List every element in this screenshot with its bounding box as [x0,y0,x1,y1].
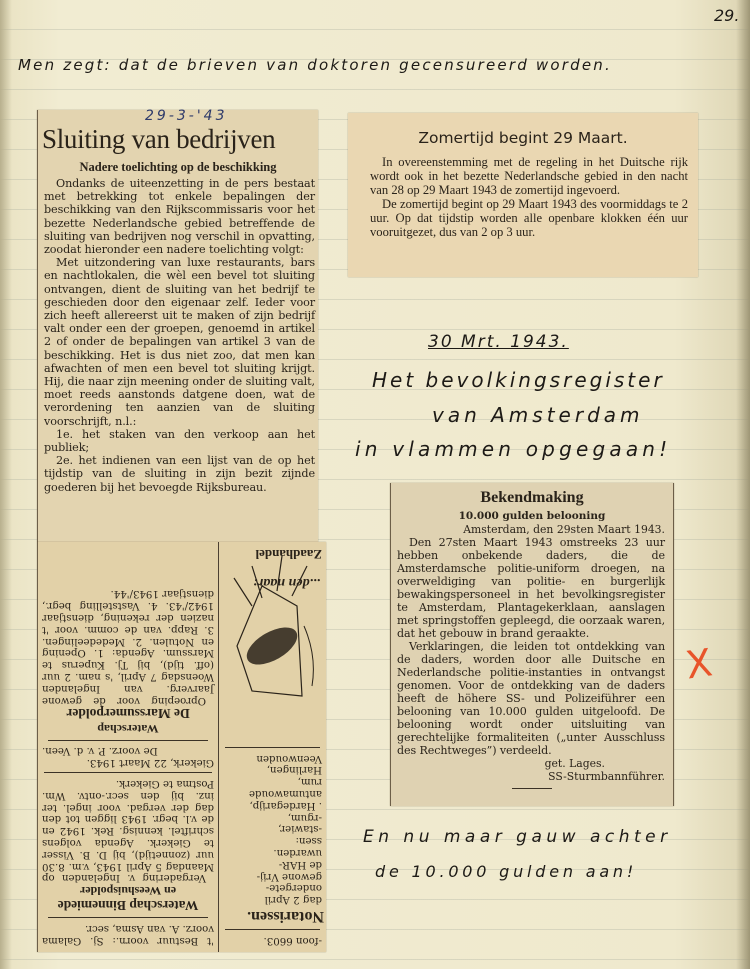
paragraph: 2e. het indienen van een lijst van de op… [44,454,315,494]
line: antumawoude [223,787,322,799]
ad-weeshuispolder: 't Bestuur voorn.: Sj. Galama voorz. A. … [38,777,218,952]
paragraph: De zomertijd begint op 29 Maart 1943 des… [370,197,688,239]
paragraph: Verklaringen, die leiden tot ontdekking … [397,640,665,757]
ads-column-notarissen: -foon 6603. Notarissen. dag 2 April onde… [219,542,326,952]
ads-column-waterschappen: 't Bestuur voorn.: Sj. Galama voorz. A. … [38,542,219,952]
line: gewone Vrij- [223,870,322,882]
pencil-date-stamp: 29-3-'43 [145,108,228,124]
line: ondergete- [223,882,322,894]
line: -stawier, [223,823,322,835]
handwritten-headline-line2: van Amsterdam [432,403,644,427]
handwritten-bottom-line1: En nu maar gauw achter [363,827,672,847]
ad-name: en Weeshuispolder [42,883,214,898]
clipping-body: In overeenstemming met de regeling in he… [348,155,698,239]
clipping-sluiting-van-bedrijven: Sluiting van bedrijven Nadere toelichtin… [37,110,318,542]
clipping-title: Sluiting van bedrijven [42,124,318,154]
ad-org: Waterschap [42,721,214,736]
signature-name: get. Lages. [391,757,673,770]
ad-notarissen-lines: dag 2 April ondergete- gewone Vrij- de H… [219,752,326,905]
paragraph: Den 27sten Maart 1943 omstreeks 23 uur h… [397,536,665,640]
clipping-bekendmaking: Bekendmaking 10.000 gulden belooning Ams… [390,483,674,806]
page-number: 29. [714,6,739,25]
clipping-title: Bekendmaking [391,489,673,507]
scrapbook-page: 29. Men zegt: dat de brieven van doktore… [0,0,750,969]
line: de HAR- [223,858,322,870]
divider [512,788,552,789]
divider [48,917,208,918]
illustration-caption: ...den naar: [253,574,320,590]
line: Harlingen, [223,764,322,776]
line: rum, [223,775,322,787]
clipping-body: Ondanks de uiteenzetting in de pers best… [38,177,318,494]
paragraph: In overeenstemming met de regeling in he… [370,155,688,197]
clipping-title: Zomertijd begint 29 Maart. [348,129,698,147]
seed-bag-illustration-icon [224,546,322,716]
line: . Hardegarijp, [223,799,322,811]
line: uwarden. [223,846,322,858]
rotated-content: 't Bestuur voorn.: Sj. Galama voorz. A. … [38,542,326,952]
paragraph: Met uitzondering van luxe restaurants, b… [44,256,315,428]
clipping-advertisements-upside-down: 't Bestuur voorn.: Sj. Galama voorz. A. … [37,542,326,952]
divider [44,772,212,773]
divider [225,747,320,748]
signature: get. Lages. SS-Sturmbannführer. [391,757,673,783]
ad-name: De Marssumerpolder [42,706,214,721]
divider [225,929,320,930]
ad-zaadhandel: Zaadhandel [256,546,322,562]
handwritten-top-note: Men zegt: dat de brieven van doktoren ge… [18,56,612,74]
handwritten-headline-line1: Het bevolkingsregister [372,368,665,392]
handwritten-date: 30 Mrt. 1943. [428,332,569,352]
phone-fragment: -foon 6603. [219,934,326,952]
line: -rgum, [223,811,322,823]
paragraph: 1e. het staken van den verkoop aan het p… [44,428,315,454]
signature-rank: SS-Sturmbannführer. [391,770,673,783]
ad-notarissen-title: Notarissen. [219,907,324,925]
clipping-zomertijd: Zomertijd begint 29 Maart. In overeenste… [348,113,698,277]
ad-text: Oproeping voor de gewone Jaarverg. van I… [42,588,214,706]
place-date: Giekerk, 22 Maart 1943. [42,756,214,768]
clipping-subtitle: 10.000 gulden belooning [391,510,673,522]
line: Veenwouden [223,752,322,764]
chair: De voorz. P. v. d. Veen. [42,745,214,757]
board-line: 't Bestuur voorn.: Sj. Galama voorz. A. … [42,922,214,946]
ad-org: Waterschap Binnemiede [42,898,214,913]
line: ssen: [223,834,322,846]
clipping-dateline: Amsterdam, den 29sten Maart 1943. [391,523,673,536]
divider [48,740,208,741]
handwritten-bottom-line2: de 10.000 gulden aan! [375,862,637,881]
clipping-body: Den 27sten Maart 1943 omstreeks 23 uur h… [391,536,673,757]
clipping-subtitle: Nadere toelichting op de beschikking [38,160,318,175]
handwritten-headline-line3: in vlammen opgegaan! [355,437,671,461]
ad-marssumerpolder: Giekerk, 22 Maart 1943. De voorz. P. v. … [38,588,218,769]
red-pencil-x-mark: X [683,640,715,687]
paragraph: Ondanks de uiteenzetting in de pers best… [44,177,315,256]
line: dag 2 April [223,893,322,905]
ad-text: Vergadering v. Ingelanden op Maandag 5 A… [42,777,214,883]
